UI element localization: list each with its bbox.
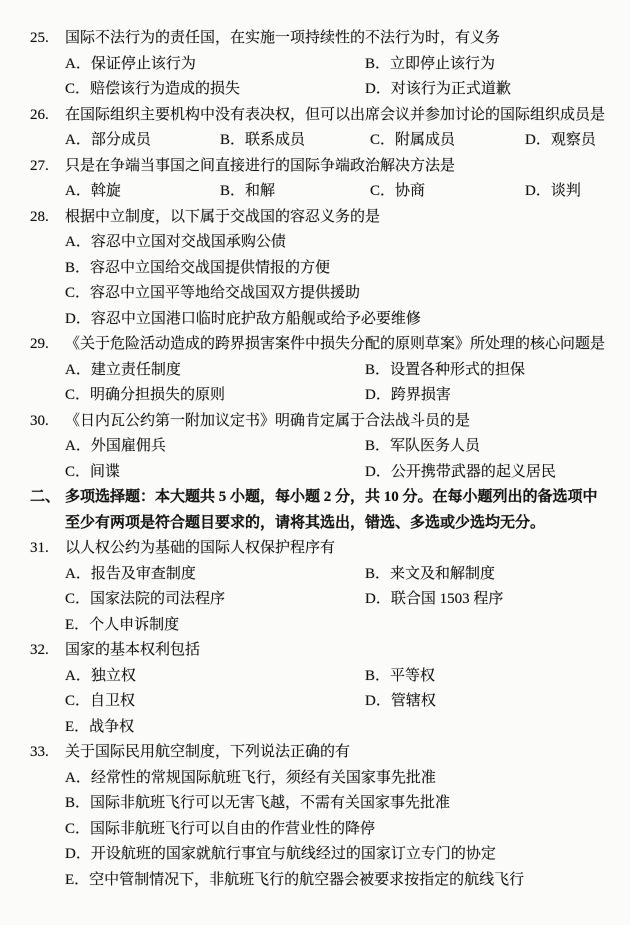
- section-header: 二、多项选择题：本大题共 5 小题，每小题 2 分，共 10 分。在每小题列出的…: [30, 485, 612, 536]
- question-27: 27.只是在争端当事国之间直接进行的国际争端政治解决方法是 A．斡旋 B．和解 …: [30, 154, 612, 205]
- options-list: A．独立权 B．平等权 C．自卫权 D．管辖权 E．战争权: [30, 664, 612, 741]
- section-number: 二、: [30, 485, 65, 511]
- question-stem: 关于国际民用航空制度，下列说法正确的有: [65, 744, 350, 760]
- question-stem: 以人权公约为基础的国际人权保护程序有: [65, 540, 335, 556]
- question-stem-line: 31.以人权公约为基础的国际人权保护程序有: [30, 536, 612, 562]
- options-list: A．容忍中立国对交战国承购公债 B．容忍中立国给交战国提供情报的方便 C．容忍中…: [30, 230, 612, 332]
- options-list: A．建立责任制度 B．设置各种形式的担保 C．明确分担损失的原则 D．跨界损害: [30, 358, 612, 409]
- option: C．协商: [370, 179, 525, 205]
- option: B．国际非航班飞行可以无害飞越，不需有关国家事先批准: [65, 791, 612, 817]
- question-stem: 国家的基本权利包括: [65, 642, 200, 658]
- option: A．保证停止该行为: [65, 52, 365, 78]
- question-stem-line: 33.关于国际民用航空制度，下列说法正确的有: [30, 740, 612, 766]
- option: B．平等权: [365, 664, 612, 690]
- question-number: 25.: [30, 26, 65, 52]
- option: E．个人申诉制度: [65, 613, 365, 639]
- options-list: A．保证停止该行为 B．立即停止该行为 C．赔偿该行为造成的损失 D．对该行为正…: [30, 52, 612, 103]
- option: B．立即停止该行为: [365, 52, 612, 78]
- option: D．公开携带武器的起义居民: [365, 460, 612, 486]
- option: B．容忍中立国给交战国提供情报的方便: [65, 256, 612, 282]
- option: E．空中管制情况下，非航班飞行的航空器会被要求按指定的航线飞行: [65, 868, 612, 894]
- option: D．对该行为正式道歉: [365, 77, 612, 103]
- question-32: 32.国家的基本权利包括 A．独立权 B．平等权 C．自卫权 D．管辖权 E．战…: [30, 638, 612, 740]
- option: C．赔偿该行为造成的损失: [65, 77, 365, 103]
- question-stem: 只是在争端当事国之间直接进行的国际争端政治解决方法是: [65, 158, 455, 174]
- question-stem-line: 28.根据中立制度，以下属于交战国的容忍义务的是: [30, 205, 612, 231]
- question-stem: 在国际组织主要机构中没有表决权，但可以出席会议并参加讨论的国际组织成员是: [65, 107, 605, 123]
- section-instructions: 多项选择题：本大题共 5 小题，每小题 2 分，共 10 分。在每小题列出的备选…: [65, 489, 598, 505]
- options-list: A．经常性的常规国际航班飞行，须经有关国家事先批准 B．国际非航班飞行可以无害飞…: [30, 766, 612, 894]
- option: C．明确分担损失的原则: [65, 383, 365, 409]
- question-stem-line: 27.只是在争端当事国之间直接进行的国际争端政治解决方法是: [30, 154, 612, 180]
- question-number: 29.: [30, 332, 65, 358]
- question-31: 31.以人权公约为基础的国际人权保护程序有 A．报告及审查制度 B．来文及和解制…: [30, 536, 612, 638]
- option: D．谈判: [525, 179, 612, 205]
- option: B．来文及和解制度: [365, 562, 612, 588]
- option: D．跨界损害: [365, 383, 612, 409]
- option: B．设置各种形式的担保: [365, 358, 612, 384]
- options-list: A．报告及审查制度 B．来文及和解制度 C．国家法院的司法程序 D．联合国 15…: [30, 562, 612, 639]
- options-list: A．外国雇佣兵 B．军队医务人员 C．间谍 D．公开携带武器的起义居民: [30, 434, 612, 485]
- option: C．附属成员: [370, 128, 525, 154]
- option: B．军队医务人员: [365, 434, 612, 460]
- question-28: 28.根据中立制度，以下属于交战国的容忍义务的是 A．容忍中立国对交战国承购公债…: [30, 205, 612, 333]
- exam-paper-page: 25.国际不法行为的责任国，在实施一项持续性的不法行为时，有义务 A．保证停止该…: [0, 0, 630, 925]
- question-number: 30.: [30, 409, 65, 435]
- options-list: A．部分成员 B．联系成员 C．附属成员 D．观察员: [30, 128, 612, 154]
- option: A．建立责任制度: [65, 358, 365, 384]
- question-number: 26.: [30, 103, 65, 129]
- question-29: 29.《关于危险活动造成的跨界损害案件中损失分配的原则草案》所处理的核心问题是 …: [30, 332, 612, 409]
- option: D．开设航班的国家就航行事宜与航线经过的国家订立专门的协定: [65, 842, 612, 868]
- option: C．国际非航班飞行可以自由的作营业性的降停: [65, 817, 612, 843]
- question-stem: 《关于危险活动造成的跨界损害案件中损失分配的原则草案》所处理的核心问题是: [65, 336, 605, 352]
- option: D．观察员: [525, 128, 612, 154]
- section-header-line-2: 至少有两项是符合题目要求的，请将其选出，错选、多选或少选均无分。: [30, 511, 612, 537]
- option: C．间谍: [65, 460, 365, 486]
- question-stem-line: 26.在国际组织主要机构中没有表决权，但可以出席会议并参加讨论的国际组织成员是: [30, 103, 612, 129]
- option: A．外国雇佣兵: [65, 434, 365, 460]
- question-30: 30.《日内瓦公约第一附加议定书》明确肯定属于合法战斗员的是 A．外国雇佣兵 B…: [30, 409, 612, 486]
- question-stem-line: 25.国际不法行为的责任国，在实施一项持续性的不法行为时，有义务: [30, 26, 612, 52]
- question-33: 33.关于国际民用航空制度，下列说法正确的有 A．经常性的常规国际航班飞行，须经…: [30, 740, 612, 893]
- question-25: 25.国际不法行为的责任国，在实施一项持续性的不法行为时，有义务 A．保证停止该…: [30, 26, 612, 103]
- option: A．报告及审查制度: [65, 562, 365, 588]
- option: C．自卫权: [65, 689, 365, 715]
- option: A．部分成员: [65, 128, 220, 154]
- options-list: A．斡旋 B．和解 C．协商 D．谈判: [30, 179, 612, 205]
- option: A．容忍中立国对交战国承购公债: [65, 230, 612, 256]
- question-number: 28.: [30, 205, 65, 231]
- option: D．管辖权: [365, 689, 612, 715]
- question-stem-line: 30.《日内瓦公约第一附加议定书》明确肯定属于合法战斗员的是: [30, 409, 612, 435]
- option: A．斡旋: [65, 179, 220, 205]
- option: A．独立权: [65, 664, 365, 690]
- option: C．容忍中立国平等地给交战国双方提供援助: [65, 281, 612, 307]
- question-number: 27.: [30, 154, 65, 180]
- question-number: 33.: [30, 740, 65, 766]
- question-stem: 《日内瓦公约第一附加议定书》明确肯定属于合法战斗员的是: [65, 413, 470, 429]
- option: B．和解: [220, 179, 370, 205]
- option: B．联系成员: [220, 128, 370, 154]
- question-stem-line: 29.《关于危险活动造成的跨界损害案件中损失分配的原则草案》所处理的核心问题是: [30, 332, 612, 358]
- question-stem: 根据中立制度，以下属于交战国的容忍义务的是: [65, 209, 380, 225]
- option: E．战争权: [65, 715, 365, 741]
- option: A．经常性的常规国际航班飞行，须经有关国家事先批准: [65, 766, 612, 792]
- option: D．容忍中立国港口临时庇护敌方船舰或给予必要维修: [65, 307, 612, 333]
- option: C．国家法院的司法程序: [65, 587, 365, 613]
- question-stem-line: 32.国家的基本权利包括: [30, 638, 612, 664]
- question-26: 26.在国际组织主要机构中没有表决权，但可以出席会议并参加讨论的国际组织成员是 …: [30, 103, 612, 154]
- question-stem: 国际不法行为的责任国，在实施一项持续性的不法行为时，有义务: [65, 30, 500, 46]
- section-header-line-1: 二、多项选择题：本大题共 5 小题，每小题 2 分，共 10 分。在每小题列出的…: [30, 485, 612, 511]
- option: D．联合国 1503 程序: [365, 587, 612, 613]
- question-number: 32.: [30, 638, 65, 664]
- question-number: 31.: [30, 536, 65, 562]
